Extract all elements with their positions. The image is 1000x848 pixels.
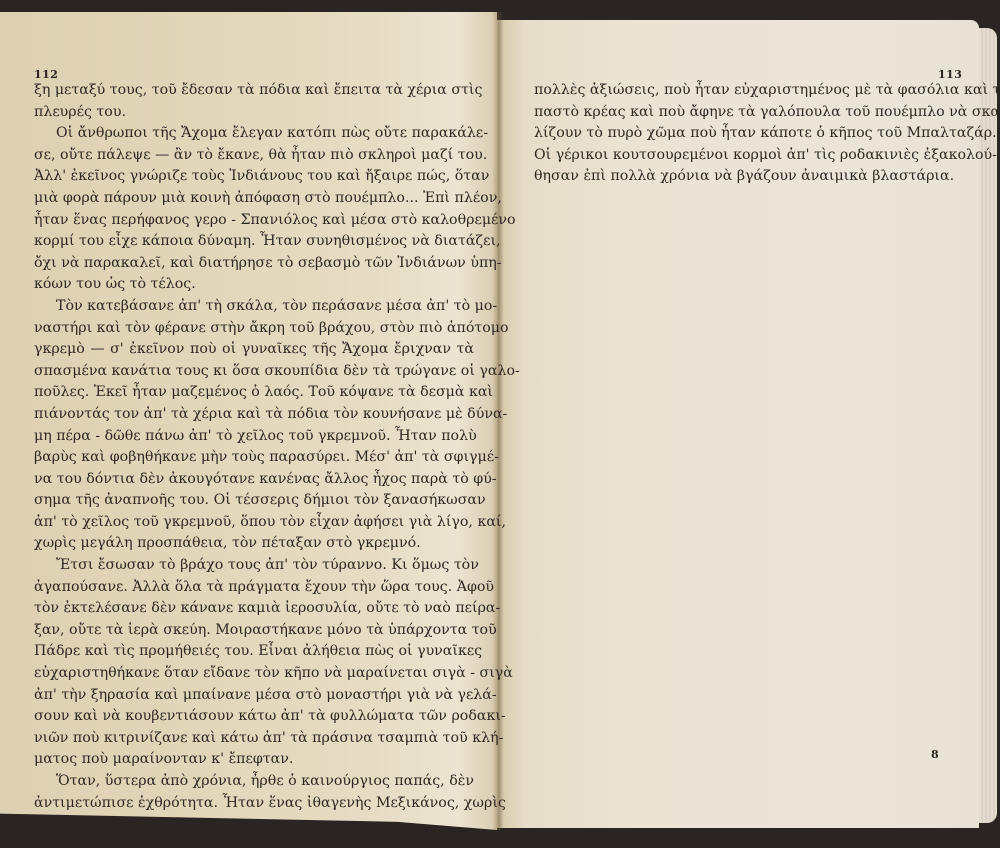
text-line: ἦταν ἕνας περήφανος γερο - Σπανιόλος καὶ…	[34, 210, 474, 232]
text-line: μιὰ φορὰ πάρουν μιὰ κοινὴ ἀπόφαση στὸ πο…	[34, 188, 474, 210]
text-line: ἀγαπούσανε. Ἀλλὰ ὅλα τὰ πράγματα ἔχουν τ…	[34, 577, 474, 599]
text-line: γκρεμὸ — σ' ἐκεῖνον ποὺ οἱ γυναῖκες τῆς …	[34, 339, 474, 361]
signature-mark: 8	[931, 748, 939, 761]
left-page-text: ξη μεταξύ τους, τοῦ ἔδεσαν τὰ πόδια καὶ …	[34, 80, 474, 814]
text-line: κορμί του εἶχε κάποια δύναμη. Ἦταν συνηθ…	[34, 231, 474, 253]
text-line: θησαν ἐπὶ πολλὰ χρόνια νὰ βγάζουν ἀναιμι…	[534, 166, 959, 188]
text-line: ἀπ' τὸ χεῖλος τοῦ γκρεμνοῦ, ὅπου τὸν εἶχ…	[34, 512, 474, 534]
right-page-text: πολλὲς ἀξιώσεις, ποὺ ἦταν εὐχαριστημένος…	[534, 80, 959, 188]
text-line: παστὸ κρέας καὶ ποὺ ἄφηνε τὰ γαλόπουλα τ…	[534, 102, 959, 124]
text-line: εὐχαριστηθήκανε ὅταν εἴδανε τὸν κῆπο νὰ …	[34, 663, 474, 685]
text-line: πολλὲς ἀξιώσεις, ποὺ ἦταν εὐχαριστημένος…	[534, 80, 959, 102]
text-line: πιάνοντάς τον ἀπ' τὰ χέρια καὶ τὰ πόδια …	[34, 404, 474, 426]
text-line: μη πέρα - δῶθε πάνω ἀπ' τὸ χεῖλος τοῦ γκ…	[34, 426, 474, 448]
text-line: Ἔτσι ἔσωσαν τὸ βράχο τους ἀπ' τὸν τύρανν…	[34, 555, 474, 577]
text-line: ὄχι νὰ παρακαλεῖ, καὶ διατήρησε τὸ σεβασ…	[34, 253, 474, 275]
text-line: ἀντιμετώπισε ἐχθρότητα. Ἦταν ἕνας ἰθαγεν…	[34, 793, 474, 815]
text-line: Ὅταν, ὕστερα ἀπὸ χρόνια, ἦρθε ὁ καινούργ…	[34, 771, 474, 793]
text-line: τὸν ἐκτελέσανε δὲν κάνανε καμιὰ ἱεροσυλί…	[34, 598, 474, 620]
text-line: Οἱ ἄνθρωποι τῆς Ἄχομα ἔλεγαν κατόπι πὼς …	[34, 123, 474, 145]
text-line: σε, οὔτε πάλεψε — ἂν τὸ ἔκανε, θὰ ἦταν π…	[34, 145, 474, 167]
text-line: Ἀλλ' ἐκεῖνος γνώριζε τοὺς Ἰνδιάνους του …	[34, 166, 474, 188]
text-line: ναστήρι καὶ τὸν φέρανε στὴν ἄκρη τοῦ βρά…	[34, 318, 474, 340]
text-line: σημα τῆς ἀναπνοῆς του. Οἱ τέσσερις δήμιο…	[34, 490, 474, 512]
text-line: να του δόντια δὲν ἀκουγότανε κανένας ἄλλ…	[34, 469, 474, 491]
open-book: 112 113 8 ξη μεταξύ τους, τοῦ ἔδεσαν τὰ …	[0, 0, 1000, 848]
text-line: πλευρές του.	[34, 102, 474, 124]
text-line: Οἱ γέρικοι κουτσουρεμένοι κορμοὶ ἀπ' τὶς…	[534, 145, 959, 167]
text-line: λίζουν τὸ πυρὸ χῶμα ποὺ ἦταν κάποτε ὁ κῆ…	[534, 123, 959, 145]
text-line: βαρὺς καὶ φοβηθήκανε μὴν τοὺς παρασύρει.…	[34, 447, 474, 469]
text-line: ματος ποὺ μαραίνονταν κ' ἔπεφταν.	[34, 749, 474, 771]
text-line: σπασμένα κανάτια τους κι ὅσα σκουπίδια δ…	[34, 361, 474, 383]
text-line: Πάδρε καὶ τὶς προμήθειές του. Εἶναι ἀλήθ…	[34, 641, 474, 663]
text-line: ἀπ' τὴν ξηρασία καὶ μπαίνανε μέσα στὸ μο…	[34, 685, 474, 707]
text-line: ξη μεταξύ τους, τοῦ ἔδεσαν τὰ πόδια καὶ …	[34, 80, 474, 102]
text-line: ποῦλες. Ἐκεῖ ἦταν μαζεμένος ὁ λαός. Τοῦ …	[34, 382, 474, 404]
text-line: νιῶν ποὺ κιτρινίζανε καὶ κάτω ἀπ' τὰ πρά…	[34, 728, 474, 750]
text-line: ξαν, οὔτε τὰ ἱερὰ σκεύη. Μοιραστήκανε μό…	[34, 620, 474, 642]
text-line: χωρὶς μεγάλη προσπάθεια, τὸν πέταξαν στὸ…	[34, 533, 474, 555]
text-line: Τὸν κατεβάσανε ἀπ' τὴ σκάλα, τὸν περάσαν…	[34, 296, 474, 318]
text-line: κόων του ὡς τὸ τέλος.	[34, 274, 474, 296]
text-line: σουν καὶ νὰ κουβεντιάσουν κάτω ἀπ' τὰ φυ…	[34, 706, 474, 728]
